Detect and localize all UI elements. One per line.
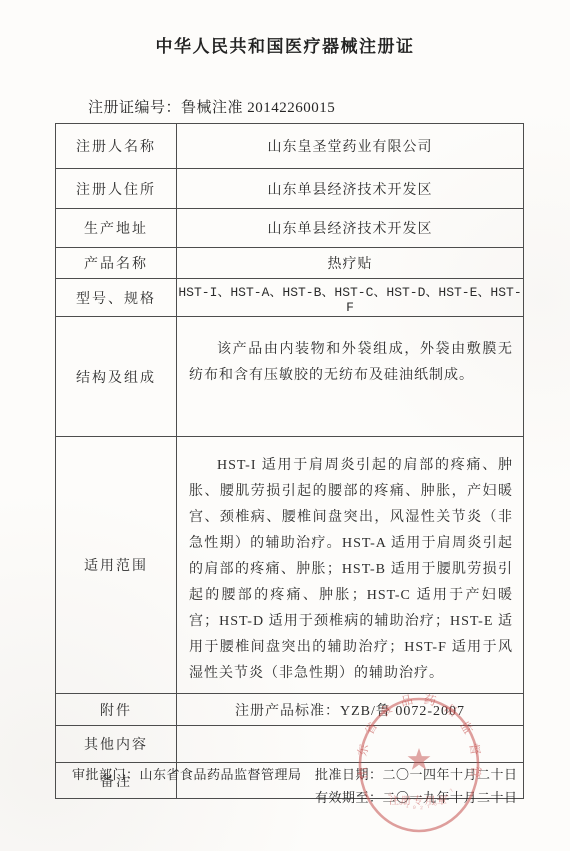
page-title: 中华人民共和国医疗器械注册证 <box>0 32 570 57</box>
row-value-models: HST-I、HST-A、HST-B、HST-C、HST-D、HST-E、HST-… <box>177 279 524 317</box>
row-label-registrant-address: 注册人住所 <box>56 169 177 209</box>
row-value-structure: 该产品由内装物和外袋组成，外袋由敷膜无纺布和含有压敏胶的无纺布及硅油纸制成。 <box>177 317 524 437</box>
table-row: 生产地址 山东单县经济技术开发区 <box>56 209 524 248</box>
row-value-production-address: 山东单县经济技术开发区 <box>177 209 524 248</box>
row-label-models: 型号、规格 <box>56 279 177 317</box>
registration-number-label: 注册证编号： <box>88 100 181 116</box>
table-row: 适用范围 HST-I 适用于肩周炎引起的肩部的疼痛、肿胀、腰肌劳损引起的腰部的疼… <box>56 437 524 694</box>
table-row: 其他内容 <box>56 726 524 763</box>
table-row: 注册人名称 山东皇圣堂药业有限公司 <box>56 124 524 169</box>
certificate-table: 注册人名称 山东皇圣堂药业有限公司 注册人住所 山东单县经济技术开发区 生产地址… <box>55 123 524 799</box>
row-label-other: 其他内容 <box>56 726 177 763</box>
row-value-other <box>177 726 524 763</box>
registration-number-value: 鲁械注准 20142260015 <box>181 100 335 116</box>
row-value-registrant-address: 山东单县经济技术开发区 <box>177 169 524 209</box>
row-label-structure: 结构及组成 <box>56 317 177 437</box>
registration-number-line: 注册证编号：鲁械注准 20142260015 <box>88 96 335 117</box>
row-value-attachment: 注册产品标准：YZB/鲁 0072-2007 <box>177 694 524 726</box>
table-row: 结构及组成 该产品由内装物和外袋组成，外袋由敷膜无纺布和含有压敏胶的无纺布及硅油… <box>56 317 524 437</box>
row-label-registrant-name: 注册人名称 <box>56 124 177 169</box>
row-value-registrant-name: 山东皇圣堂药业有限公司 <box>177 124 524 169</box>
row-value-scope: HST-I 适用于肩周炎引起的肩部的疼痛、肿胀、腰肌劳损引起的腰部的疼痛、肿胀，… <box>177 437 524 694</box>
approval-department: 审批部门：山东省食品药品监督管理局 <box>72 764 302 783</box>
certificate-page: 中华人民共和国医疗器械注册证 注册证编号：鲁械注准 20142260015 注册… <box>0 0 570 851</box>
valid-until-date: 有效期至：二〇一九年十月二十日 <box>315 787 518 806</box>
table-row: 注册人住所 山东单县经济技术开发区 <box>56 169 524 209</box>
row-label-production-address: 生产地址 <box>56 209 177 248</box>
row-value-product-name: 热疗贴 <box>177 248 524 279</box>
table-row: 产品名称 热疗贴 <box>56 248 524 279</box>
row-label-attachment: 附件 <box>56 694 177 726</box>
table-row: 附件 注册产品标准：YZB/鲁 0072-2007 <box>56 694 524 726</box>
row-label-scope: 适用范围 <box>56 437 177 694</box>
row-label-product-name: 产品名称 <box>56 248 177 279</box>
table-row: 型号、规格 HST-I、HST-A、HST-B、HST-C、HST-D、HST-… <box>56 279 524 317</box>
approval-date: 批准日期：二〇一四年十月二十日 <box>315 764 518 783</box>
